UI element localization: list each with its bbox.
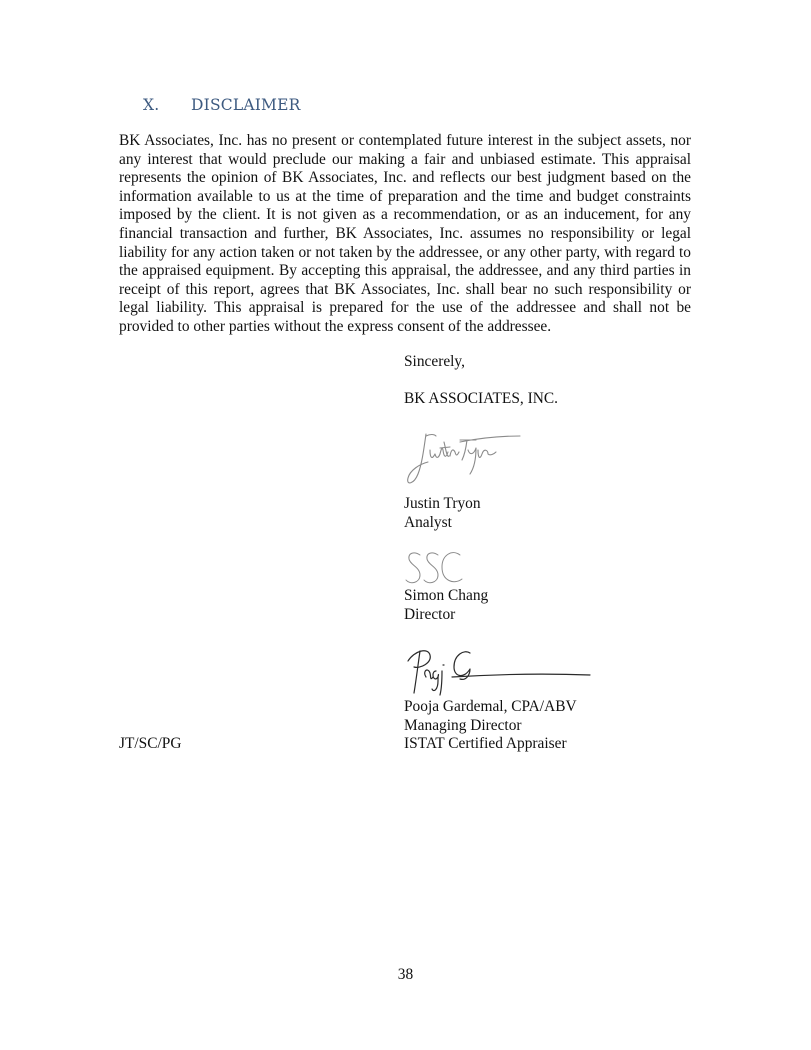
signatory-certification: ISTAT Certified Appraiser — [404, 735, 577, 754]
section-heading: X.DISCLAIMER — [143, 96, 301, 114]
signatory-simon-chang: Simon Chang Director — [404, 587, 488, 624]
signatory-name: Simon Chang — [404, 587, 488, 606]
signatory-title: Managing Director — [404, 717, 577, 736]
signature-pooja-gardemal-icon — [404, 647, 594, 697]
section-number: X. — [143, 96, 191, 114]
company-name: BK ASSOCIATES, INC. — [404, 390, 558, 409]
disclaimer-paragraph: BK Associates, Inc. has no present or co… — [119, 132, 691, 337]
signatory-justin-tryon: Justin Tryon Analyst — [404, 495, 481, 532]
page-number: 38 — [0, 966, 811, 984]
signature-ssc-icon — [404, 549, 468, 587]
closing-salutation: Sincerely, — [404, 353, 465, 372]
closing-company: BK ASSOCIATES, INC. — [404, 390, 558, 409]
salutation-text: Sincerely, — [404, 353, 465, 372]
signatory-name: Justin Tryon — [404, 495, 481, 514]
section-title: DISCLAIMER — [191, 96, 301, 114]
signatory-title: Analyst — [404, 514, 481, 533]
signature-justin-tryon-icon — [404, 428, 524, 490]
signatory-name: Pooja Gardemal, CPA/ABV — [404, 698, 577, 717]
signatory-title: Director — [404, 606, 488, 625]
reference-initials: JT/SC/PG — [119, 735, 181, 754]
signatory-pooja-gardemal: Pooja Gardemal, CPA/ABV Managing Directo… — [404, 698, 577, 754]
